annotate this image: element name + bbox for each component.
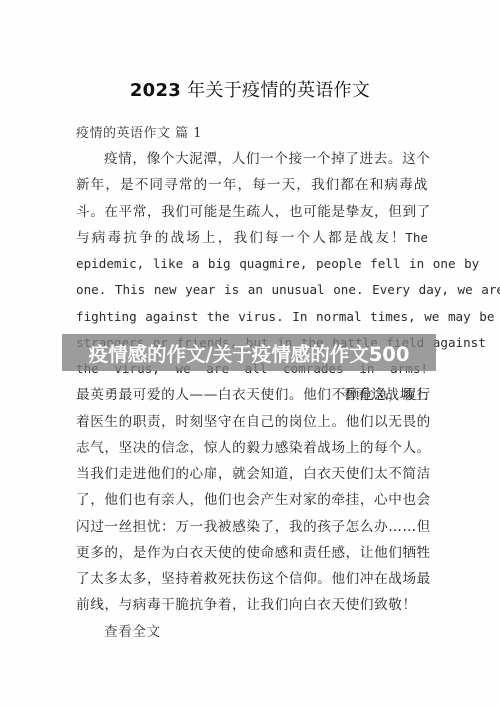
text-line-en: epidemic, like a big quagmire, people fe…: [76, 251, 428, 277]
view-full-text-link[interactable]: 查看全文: [104, 620, 161, 640]
essay-subtitle: 疫情的英语作文 篇 1: [76, 122, 202, 141]
text-line: 新年，是不同寻常的一年，每一天，我们都在和病毒战: [76, 172, 428, 198]
text-line-en: fighting against the virus. In normal ti…: [76, 304, 428, 330]
text-segment-en: The: [405, 225, 428, 251]
text-line: 斗。在平常，我们可能是生疏人，也可能是挚友，但到了: [76, 199, 428, 225]
text-line: 了太多太多，坚持着救死扶伤这个信仰。他们冲在战场最: [76, 566, 428, 592]
text-line: 了，他们也有亲人，他们也会产生对家的牵挂，心中也会: [76, 487, 428, 513]
document-page: 2023 年关于疫情的英语作文 疫情的英语作文 篇 1 疫情，像个大泥潭，人们一…: [0, 0, 500, 706]
text-segment: 与病毒抗争的战场上，我们每一个人都是战友！: [76, 230, 405, 246]
text-line: 前线，与病毒干脆抗争着，让我们向白衣天使们致敬！: [76, 592, 428, 618]
title-text: 年关于疫情的英语作文: [181, 80, 370, 101]
text-line: 志气，坚决的信念，惊人的毅力感染着战场上的每个人。: [76, 435, 428, 461]
essay-body: 疫情，像个大泥潭，人们一个接一个掉了进去。这个 新年，是不同寻常的一年，每一天，…: [76, 146, 428, 619]
title-overlay-banner: 疫情感的作文/关于疫情感的作文500: [62, 334, 436, 371]
text-line: 当我们走进他们的心扉，就会知道，白衣天使们太不简洁: [76, 461, 428, 487]
text-line: 疫情，像个大泥潭，人们一个接一个掉了进去。这个: [76, 146, 428, 172]
text-line: 更多的，是作为白衣天使的使命感和责任感，让他们牺牲: [76, 540, 428, 566]
text-line: 闪过一丝担忧：万一我被感染了，我的孩子怎么办……但: [76, 514, 428, 540]
text-line-en: one. This new year is an unusual one. Ev…: [76, 277, 428, 303]
title-year: 2023: [130, 80, 181, 101]
overlay-banner-text: 疫情感的作文/关于疫情感的作文500: [89, 339, 410, 367]
text-line: 着医生的职责，时刻坚守在自己的岗位上。他们以无畏的: [76, 409, 428, 435]
text-line-mixed: 与病毒抗争的战场上，我们每一个人都是战友！The: [76, 225, 428, 251]
text-line: 最英勇最可爱的人——白衣天使们。他们不顾危急，履行: [76, 382, 428, 408]
document-title: 2023 年关于疫情的英语作文: [0, 76, 500, 102]
